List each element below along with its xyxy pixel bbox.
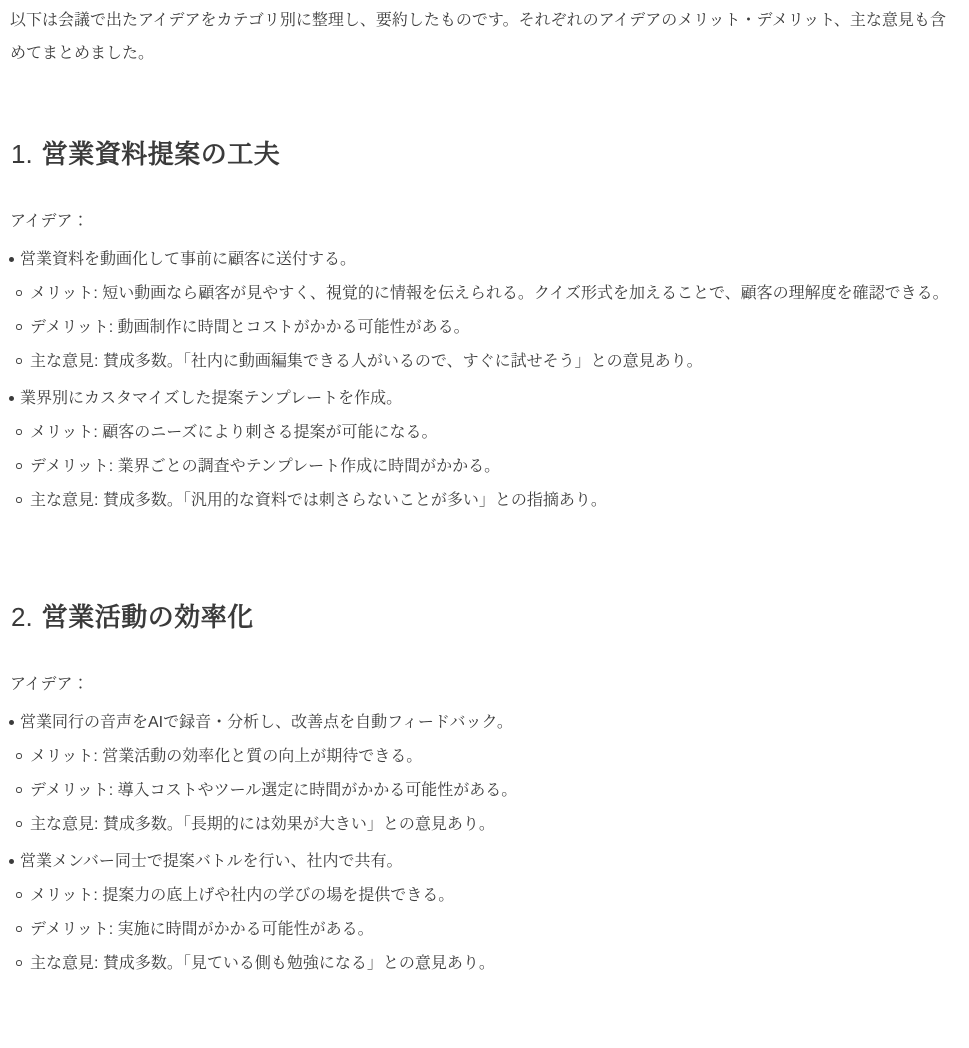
- detail-text: 主な意見: 賛成多数。「見ている側も勉強になる」との意見あり。: [30, 955, 495, 972]
- bullet-disc-icon: [9, 720, 14, 725]
- detail-text: メリット: 提案力の底上げや社内の学びの場を提供できる。: [30, 887, 454, 904]
- bullet-circle-icon: [16, 463, 22, 469]
- bullet-circle-icon: [16, 892, 22, 898]
- idea-item: 営業同行の音声をAIで録音・分析し、改善点を自動フィードバック。メリット: 営業…: [10, 706, 953, 841]
- detail-item: デメリット: 導入コストやツール選定に時間がかかる可能性がある。: [20, 774, 953, 807]
- detail-list: メリット: 短い動画なら顧客が見やすく、視覚的に情報を伝えられる。クイズ形式を加…: [20, 277, 953, 378]
- idea-text: 営業資料を動画化して事前に顧客に送付する。: [20, 251, 356, 268]
- heading-title: 営業活動の効率化: [42, 602, 254, 632]
- detail-item: 主な意見: 賛成多数。「社内に動画編集できる人がいるので、すぐに試せそう」との意…: [20, 345, 953, 378]
- section-heading: 1.営業資料提案の工夫: [10, 135, 953, 174]
- heading-title: 営業資料提案の工夫: [42, 139, 281, 169]
- detail-list: メリット: 顧客のニーズにより刺さる提案が可能になる。デメリット: 業界ごとの調…: [20, 416, 953, 517]
- intro-paragraph: 以下は会議で出たアイデアをカテゴリ別に整理し、要約したものです。それぞれのアイデ…: [10, 4, 953, 70]
- detail-list: メリット: 提案力の底上げや社内の学びの場を提供できる。デメリット: 実施に時間…: [20, 879, 953, 980]
- bullet-circle-icon: [16, 358, 22, 364]
- ideas-label: アイデア：: [10, 668, 953, 701]
- detail-text: メリット: 顧客のニーズにより刺さる提案が可能になる。: [30, 424, 437, 441]
- detail-text: デメリット: 導入コストやツール選定に時間がかかる可能性がある。: [30, 782, 517, 799]
- bullet-disc-icon: [9, 859, 14, 864]
- bullet-circle-icon: [16, 787, 22, 793]
- bullet-circle-icon: [16, 753, 22, 759]
- detail-item: 主な意見: 賛成多数。「見ている側も勉強になる」との意見あり。: [20, 947, 953, 980]
- document: 以下は会議で出たアイデアをカテゴリ別に整理し、要約したものです。それぞれのアイデ…: [0, 0, 969, 996]
- detail-text: デメリット: 業界ごとの調査やテンプレート作成に時間がかかる。: [30, 458, 500, 475]
- bullet-disc-icon: [9, 396, 14, 401]
- section: 2.営業活動の効率化アイデア：営業同行の音声をAIで録音・分析し、改善点を自動フ…: [10, 598, 953, 996]
- detail-list: メリット: 営業活動の効率化と質の向上が期待できる。デメリット: 導入コストやツ…: [20, 740, 953, 841]
- idea-text: 営業メンバー同士で提案バトルを行い、社内で共有。: [20, 853, 403, 870]
- detail-item: メリット: 営業活動の効率化と質の向上が期待できる。: [20, 740, 953, 773]
- idea-list: 営業資料を動画化して事前に顧客に送付する。メリット: 短い動画なら顧客が見やすく…: [10, 243, 953, 533]
- detail-item: 主な意見: 賛成多数。「長期的には効果が大きい」との意見あり。: [20, 808, 953, 841]
- bullet-circle-icon: [16, 324, 22, 330]
- idea-item: 業界別にカスタマイズした提案テンプレートを作成。メリット: 顧客のニーズにより刺…: [10, 382, 953, 517]
- detail-item: デメリット: 動画制作に時間とコストがかかる可能性がある。: [20, 311, 953, 344]
- detail-text: 主な意見: 賛成多数。「汎用的な資料では刺さらないことが多い」との指摘あり。: [30, 492, 607, 509]
- heading-number: 2.: [11, 602, 33, 632]
- detail-item: メリット: 提案力の底上げや社内の学びの場を提供できる。: [20, 879, 953, 912]
- idea-item: 営業資料を動画化して事前に顧客に送付する。メリット: 短い動画なら顧客が見やすく…: [10, 243, 953, 378]
- detail-item: メリット: 短い動画なら顧客が見やすく、視覚的に情報を伝えられる。クイズ形式を加…: [20, 277, 953, 310]
- detail-item: デメリット: 実施に時間がかかる可能性がある。: [20, 913, 953, 946]
- idea-item: 営業メンバー同士で提案バトルを行い、社内で共有。メリット: 提案力の底上げや社内…: [10, 845, 953, 980]
- sections-container: 1.営業資料提案の工夫アイデア：営業資料を動画化して事前に顧客に送付する。メリッ…: [10, 135, 953, 996]
- idea-list: 営業同行の音声をAIで録音・分析し、改善点を自動フィードバック。メリット: 営業…: [10, 706, 953, 996]
- bullet-disc-icon: [9, 257, 14, 262]
- ideas-label: アイデア：: [10, 205, 953, 238]
- bullet-circle-icon: [16, 960, 22, 966]
- bullet-circle-icon: [16, 926, 22, 932]
- section-heading: 2.営業活動の効率化: [10, 598, 953, 637]
- idea-text: 業界別にカスタマイズした提案テンプレートを作成。: [20, 390, 402, 407]
- bullet-circle-icon: [16, 821, 22, 827]
- detail-text: メリット: 営業活動の効率化と質の向上が期待できる。: [30, 748, 422, 765]
- detail-text: デメリット: 実施に時間がかかる可能性がある。: [30, 921, 374, 938]
- detail-text: デメリット: 動画制作に時間とコストがかかる可能性がある。: [30, 319, 470, 336]
- idea-text: 営業同行の音声をAIで録音・分析し、改善点を自動フィードバック。: [20, 714, 513, 731]
- detail-text: 主な意見: 賛成多数。「長期的には効果が大きい」との意見あり。: [30, 816, 495, 833]
- section: 1.営業資料提案の工夫アイデア：営業資料を動画化して事前に顧客に送付する。メリッ…: [10, 135, 953, 533]
- bullet-circle-icon: [16, 429, 22, 435]
- bullet-circle-icon: [16, 290, 22, 296]
- detail-item: デメリット: 業界ごとの調査やテンプレート作成に時間がかかる。: [20, 450, 953, 483]
- detail-item: 主な意見: 賛成多数。「汎用的な資料では刺さらないことが多い」との指摘あり。: [20, 484, 953, 517]
- detail-text: 主な意見: 賛成多数。「社内に動画編集できる人がいるので、すぐに試せそう」との意…: [30, 353, 703, 370]
- bullet-circle-icon: [16, 497, 22, 503]
- heading-number: 1.: [11, 139, 33, 169]
- detail-text: メリット: 短い動画なら顧客が見やすく、視覚的に情報を伝えられる。クイズ形式を加…: [30, 285, 949, 302]
- detail-item: メリット: 顧客のニーズにより刺さる提案が可能になる。: [20, 416, 953, 449]
